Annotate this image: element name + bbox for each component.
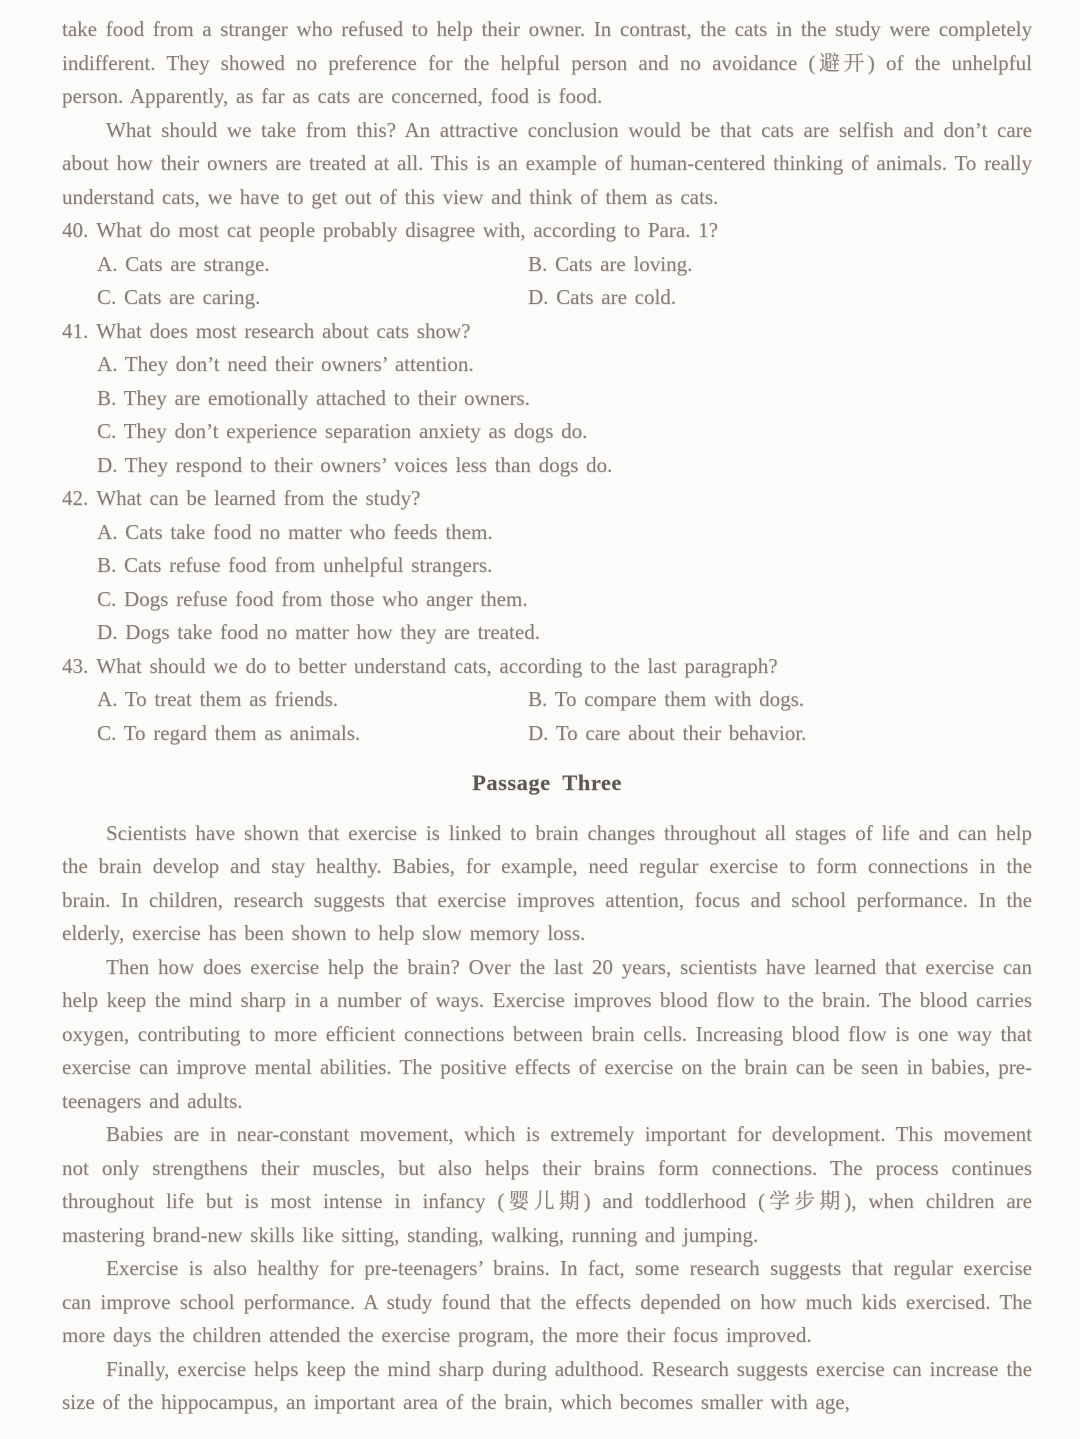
question-number: 41. xyxy=(62,315,88,349)
option-d: D. To care about their behavior. xyxy=(528,717,1032,751)
passage-three-paragraph-5: Finally, exercise helps keep the mind sh… xyxy=(62,1353,1032,1420)
question-text: What can be learned from the study? xyxy=(96,486,420,510)
option-a: A. To treat them as friends. xyxy=(97,683,528,717)
option-a: A. They don’t need their owners’ attenti… xyxy=(97,348,1032,382)
passage-three-paragraph-3: Babies are in near-constant movement, wh… xyxy=(62,1118,1032,1252)
question-41: 41.What does most research about cats sh… xyxy=(62,315,1032,483)
option-b: B. Cats are loving. xyxy=(528,248,1032,282)
question-40: 40.What do most cat people probably disa… xyxy=(62,214,1032,315)
option-d: D. They respond to their owners’ voices … xyxy=(97,449,1032,483)
passage-three-paragraph-1: Scientists have shown that exercise is l… xyxy=(62,817,1032,951)
question-text: What does most research about cats show? xyxy=(96,319,470,343)
option-b: B. They are emotionally attached to thei… xyxy=(97,382,1032,416)
question-number: 40. xyxy=(62,214,88,248)
option-a: A. Cats are strange. xyxy=(97,248,528,282)
question-42: 42.What can be learned from the study? A… xyxy=(62,482,1032,650)
option-b: B. To compare them with dogs. xyxy=(528,683,1032,717)
question-43-options: A. To treat them as friends. B. To compa… xyxy=(62,683,1032,750)
option-a: A. Cats take food no matter who feeds th… xyxy=(97,516,1032,550)
question-40-options: A. Cats are strange. B. Cats are loving.… xyxy=(62,248,1032,315)
question-42-options: A. Cats take food no matter who feeds th… xyxy=(62,516,1032,650)
passage-three-paragraph-4: Exercise is also healthy for pre-teenage… xyxy=(62,1252,1032,1353)
passage-two-continuation-paragraph: take food from a stranger who refused to… xyxy=(62,13,1032,114)
option-c: C. They don’t experience separation anxi… xyxy=(97,415,1032,449)
option-b: B. Cats refuse food from unhelpful stran… xyxy=(97,549,1032,583)
option-d: D. Cats are cold. xyxy=(528,281,1032,315)
option-c: C. To regard them as animals. xyxy=(97,717,528,751)
question-43-line: 43.What should we do to better understan… xyxy=(62,650,1032,684)
option-c: C. Dogs refuse food from those who anger… xyxy=(97,583,1032,617)
passage-three-heading: Passage Three xyxy=(62,766,1032,800)
option-d: D. Dogs take food no matter how they are… xyxy=(97,616,1032,650)
option-c: C. Cats are caring. xyxy=(97,281,528,315)
question-40-line: 40.What do most cat people probably disa… xyxy=(62,214,1032,248)
question-41-line: 41.What does most research about cats sh… xyxy=(62,315,1032,349)
question-number: 43. xyxy=(62,650,88,684)
question-text: What should we do to better understand c… xyxy=(96,654,777,678)
question-text: What do most cat people probably disagre… xyxy=(96,218,718,242)
question-41-options: A. They don’t need their owners’ attenti… xyxy=(62,348,1032,482)
passage-two-final-paragraph: What should we take from this? An attrac… xyxy=(62,114,1032,215)
passage-three-paragraph-2: Then how does exercise help the brain? O… xyxy=(62,951,1032,1119)
question-43: 43.What should we do to better understan… xyxy=(62,650,1032,751)
question-42-line: 42.What can be learned from the study? xyxy=(62,482,1032,516)
question-number: 42. xyxy=(62,482,88,516)
scanned-exam-page: take food from a stranger who refused to… xyxy=(0,0,1080,1439)
